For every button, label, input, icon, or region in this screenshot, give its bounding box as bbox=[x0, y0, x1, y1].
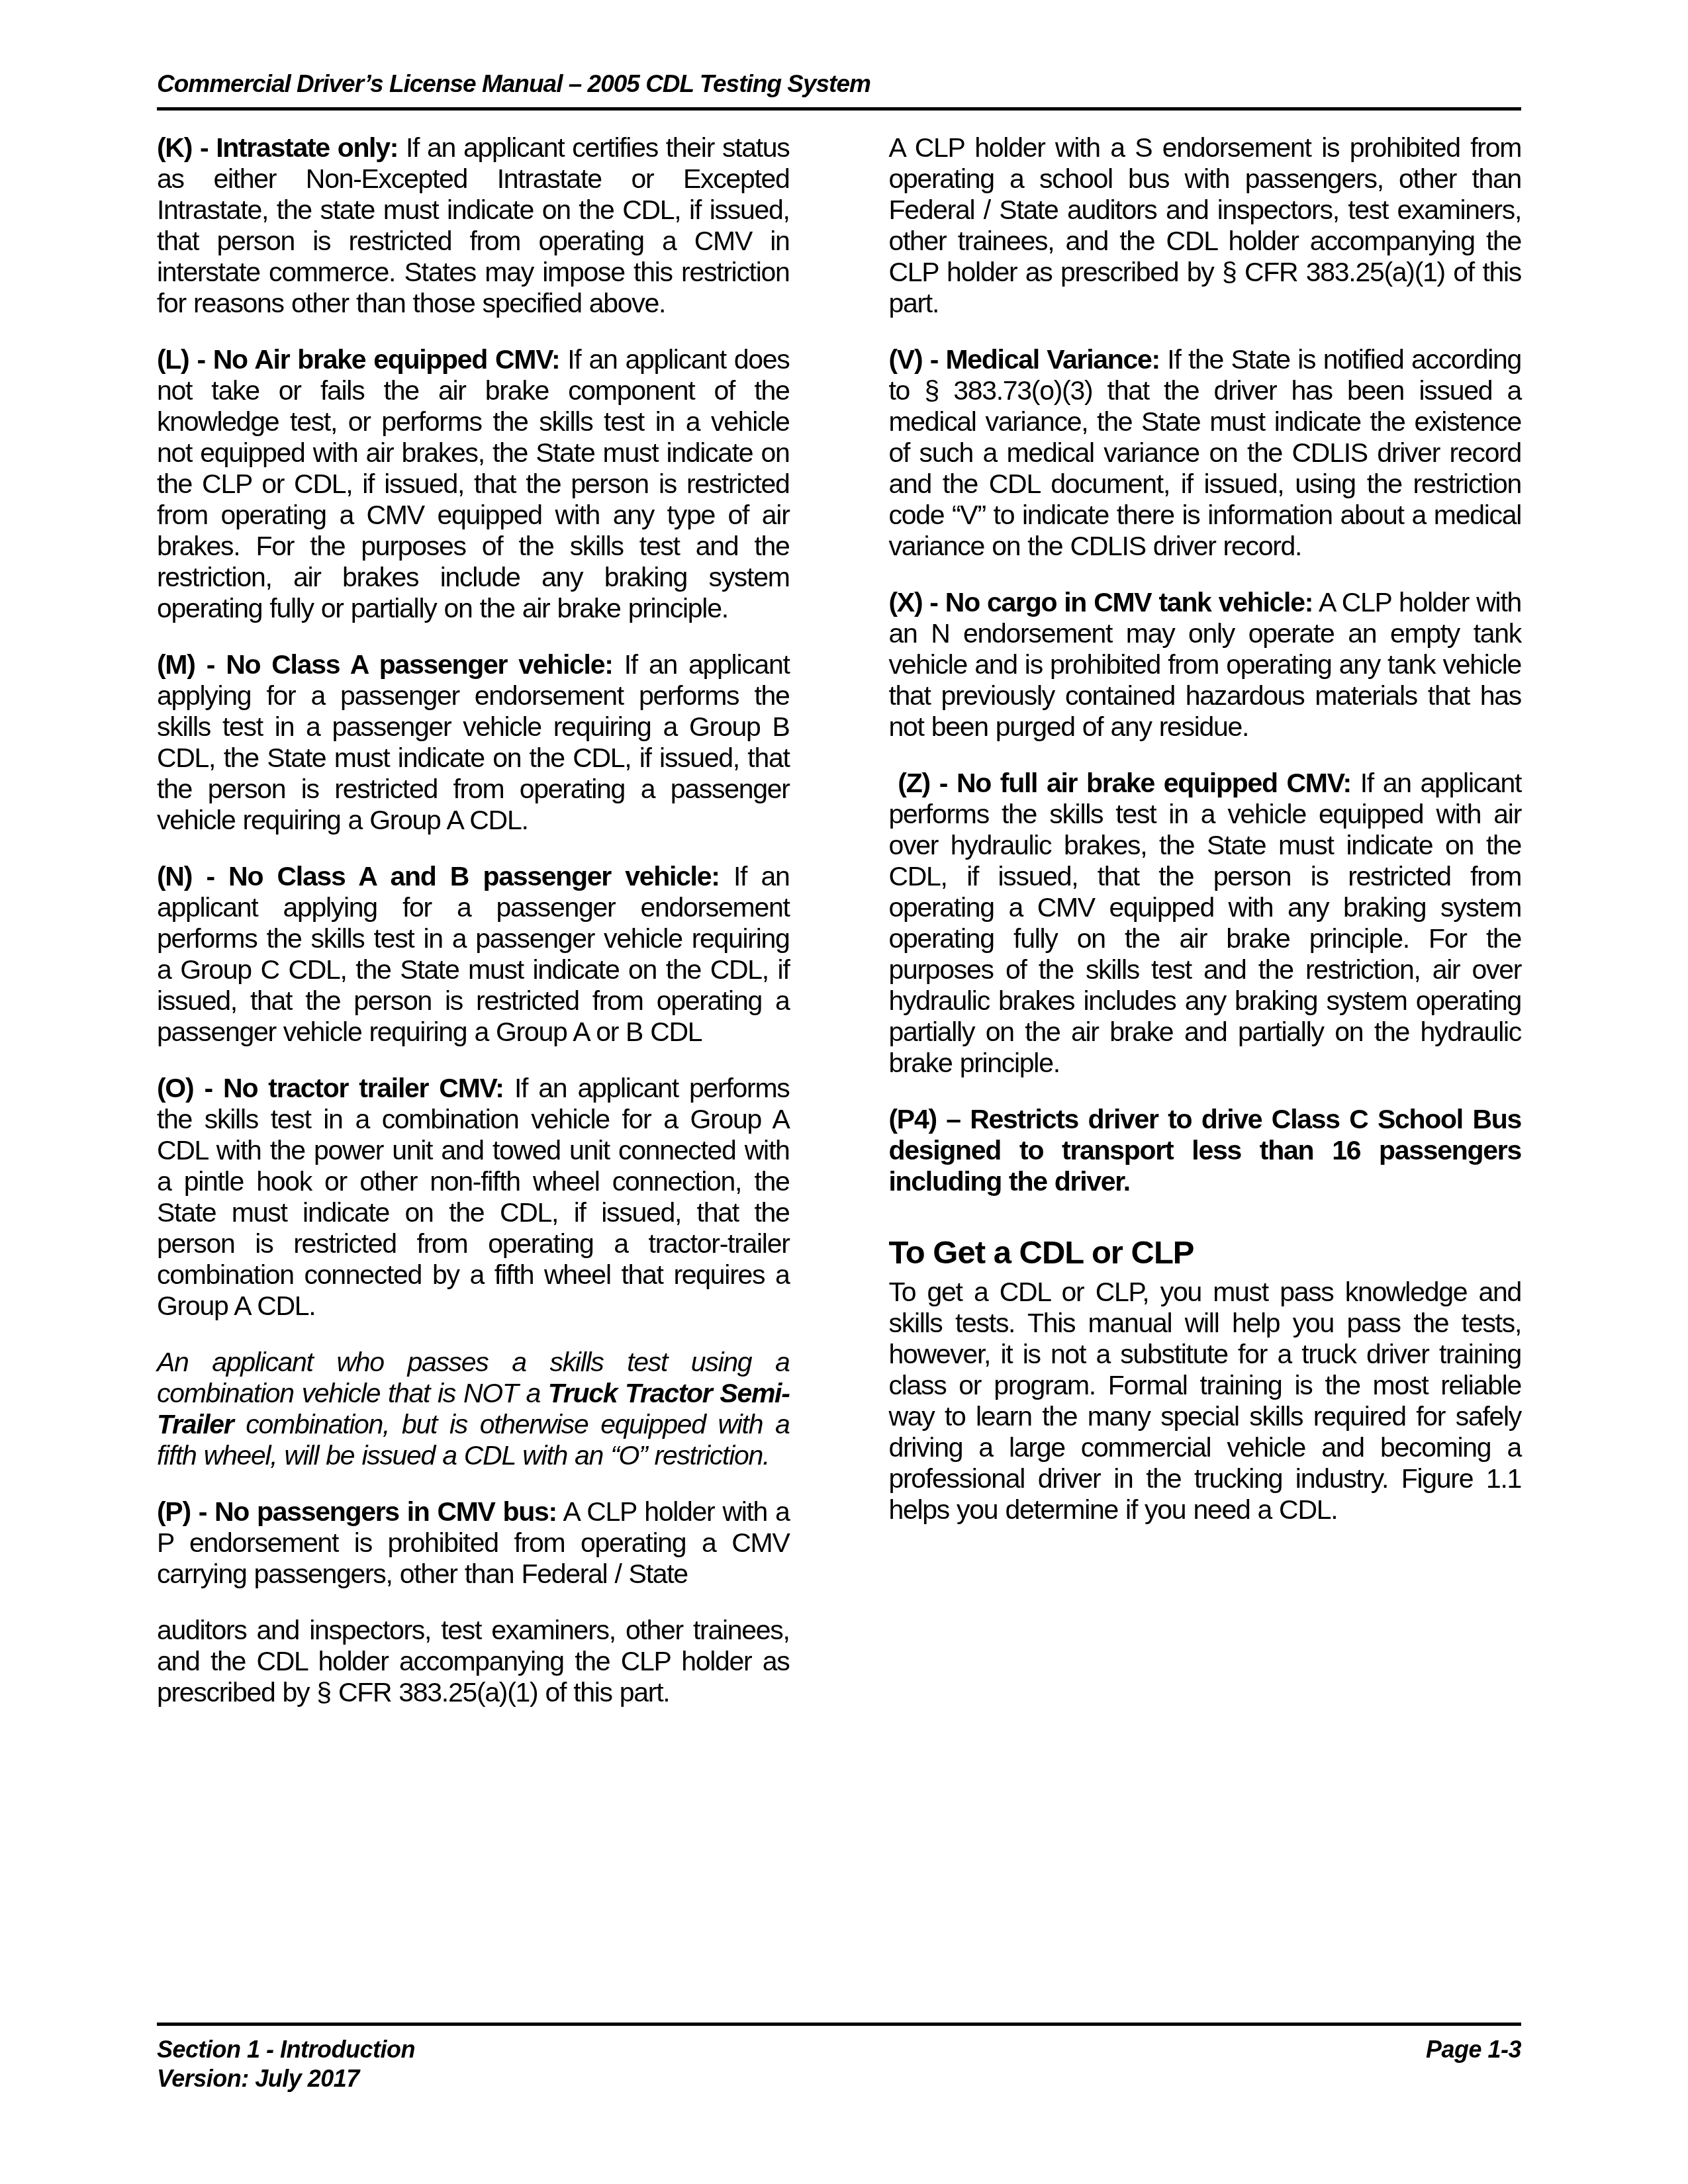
restriction-k-paragraph: (K) - Intrastate only: If an applicant c… bbox=[157, 132, 790, 319]
restriction-p4-paragraph: (P4) – Restricts driver to drive Class C… bbox=[889, 1104, 1522, 1197]
o-restriction-note-paragraph: An applicant who passes a skills test us… bbox=[157, 1347, 790, 1471]
page-footer: Section 1 - Introduction Page 1-3 Versio… bbox=[157, 2023, 1521, 2093]
restriction-o-paragraph: (O) - No tractor trailer CMV: If an appl… bbox=[157, 1073, 790, 1322]
to-get-cdl-heading: To Get a CDL or CLP bbox=[889, 1236, 1522, 1270]
to-get-cdl-paragraph: To get a CDL or CLP, you must pass knowl… bbox=[889, 1277, 1522, 1525]
restriction-v-paragraph: (V) - Medical Variance: If the State is … bbox=[889, 344, 1522, 562]
footer-row: Section 1 - Introduction Page 1-3 bbox=[157, 2035, 1521, 2064]
restriction-l-paragraph: (L) - No Air brake equipped CMV: If an a… bbox=[157, 344, 790, 624]
restriction-n-lead: (N) - No Class A and B passenger vehicle… bbox=[157, 861, 720, 891]
restriction-p-lead: (P) - No passengers in CMV bus: bbox=[157, 1496, 557, 1527]
manual-title: Commercial Driver’s License Manual – 200… bbox=[157, 70, 870, 97]
s-endorsement-paragraph: A CLP holder with a S endorsement is pro… bbox=[889, 132, 1522, 319]
restriction-o-lead: (O) - No tractor trailer CMV: bbox=[157, 1073, 504, 1103]
footer-page-number: Page 1-3 bbox=[1426, 2035, 1521, 2064]
restriction-z-lead: (Z) - No full air brake equipped CMV: bbox=[889, 768, 1351, 798]
restriction-o-body: If an applicant performs the skills test… bbox=[157, 1073, 790, 1321]
restriction-n-paragraph: (N) - No Class A and B passenger vehicle… bbox=[157, 861, 790, 1048]
restriction-l-lead: (L) - No Air brake equipped CMV: bbox=[157, 344, 559, 375]
restriction-l-body: If an applicant does not take or fails t… bbox=[157, 344, 790, 623]
restriction-z-body: If an applicant performs the skills test… bbox=[889, 768, 1522, 1078]
right-column: A CLP holder with a S endorsement is pro… bbox=[889, 132, 1522, 1733]
restriction-m-paragraph: (M) - No Class A passenger vehicle: If a… bbox=[157, 649, 790, 836]
restriction-v-lead: (V) - Medical Variance: bbox=[889, 344, 1160, 375]
restriction-x-paragraph: (X) - No cargo in CMV tank vehicle: A CL… bbox=[889, 587, 1522, 743]
note-segment-2: combination, but is otherwise equipped w… bbox=[157, 1409, 790, 1471]
restriction-v-body: If the State is notified according to § … bbox=[889, 344, 1522, 561]
page-header: Commercial Driver’s License Manual – 200… bbox=[157, 70, 1521, 111]
footer-version-label: Version: July 2017 bbox=[157, 2064, 1521, 2093]
restriction-k-lead: (K) - Intrastate only: bbox=[157, 132, 398, 163]
two-column-body: (K) - Intrastate only: If an applicant c… bbox=[157, 132, 1521, 1733]
restriction-x-lead: (X) - No cargo in CMV tank vehicle: bbox=[889, 587, 1313, 617]
restriction-z-paragraph: (Z) - No full air brake equipped CMV: If… bbox=[889, 768, 1522, 1079]
restriction-p-paragraph: (P) - No passengers in CMV bus: A CLP ho… bbox=[157, 1496, 790, 1590]
left-column: (K) - Intrastate only: If an applicant c… bbox=[157, 132, 790, 1733]
restriction-p-continuation-paragraph: auditors and inspectors, test examiners,… bbox=[157, 1615, 790, 1708]
document-page: Commercial Driver’s License Manual – 200… bbox=[0, 0, 1688, 2184]
footer-section-label: Section 1 - Introduction bbox=[157, 2035, 415, 2064]
restriction-m-lead: (M) - No Class A passenger vehicle: bbox=[157, 649, 613, 680]
